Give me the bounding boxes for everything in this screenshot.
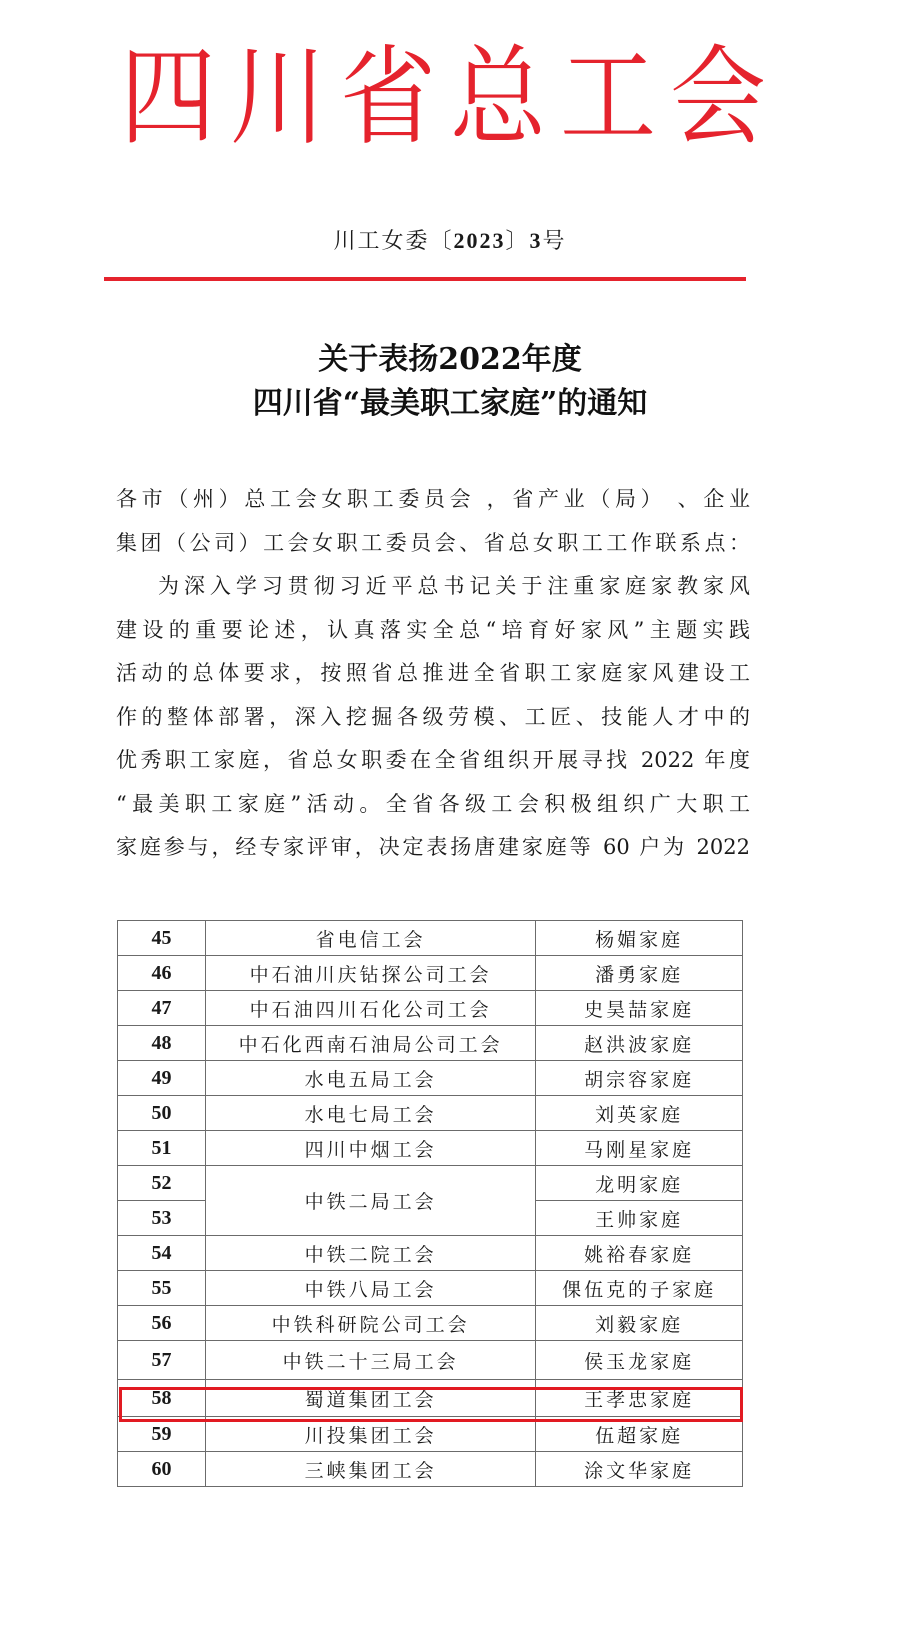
body-line: 集团（公司）工会女职工委员会、省总女职工工作联系点：	[116, 522, 750, 566]
table-row: 49 水电五局工会 胡宗容家庭	[118, 1061, 743, 1096]
row-family: 伍超家庭	[536, 1417, 743, 1452]
body-line: 优秀职工家庭，省总女职委在全省组织开展寻找 2022 年度	[116, 739, 750, 783]
row-unit: 省电信工会	[205, 921, 535, 956]
row-family: 姚裕春家庭	[536, 1236, 743, 1271]
row-number: 51	[118, 1131, 206, 1166]
doc-number-year: 2023	[453, 228, 505, 253]
table-row: 55 中铁八局工会 倮伍克的子家庭	[118, 1271, 743, 1306]
row-number: 47	[118, 991, 206, 1026]
body-line: 各市（州）总工会女职工委员会 ，省产业（局） 、企业	[116, 478, 750, 522]
table-row: 56 中铁科研院公司工会 刘毅家庭	[118, 1306, 743, 1341]
doc-number-suffix: 号	[543, 229, 567, 254]
row-family: 侯玉龙家庭	[536, 1341, 743, 1380]
row-number: 56	[118, 1306, 206, 1341]
row-unit: 中石油川庆钻探公司工会	[205, 956, 535, 991]
document-title: 关于表扬2022年度 四川省“最美职工家庭”的通知	[0, 338, 900, 426]
notice-body: 各市（州）总工会女职工委员会 ，省产业（局） 、企业 集团（公司）工会女职工委员…	[116, 478, 750, 870]
row-family: 龙明家庭	[536, 1166, 743, 1201]
doc-number-bracket: 〕	[505, 229, 529, 254]
award-list-table: 45 省电信工会 杨媚家庭 46 中石油川庆钻探公司工会 潘勇家庭 47 中石油…	[117, 920, 743, 1487]
row-number: 46	[118, 956, 206, 991]
row-unit: 水电七局工会	[205, 1096, 535, 1131]
row-family: 涂文华家庭	[536, 1452, 743, 1487]
row-number: 53	[118, 1201, 206, 1236]
row-family: 潘勇家庭	[536, 956, 743, 991]
row-family: 马刚星家庭	[536, 1131, 743, 1166]
row-family: 刘毅家庭	[536, 1306, 743, 1341]
table-row: 52 中铁二局工会 龙明家庭	[118, 1166, 743, 1201]
row-unit: 中石油四川石化公司工会	[205, 991, 535, 1026]
body-line: 活动的总体要求，按照省总推进全省职工家庭家风建设工	[116, 652, 750, 696]
row-number: 55	[118, 1271, 206, 1306]
row-family: 史昊喆家庭	[536, 991, 743, 1026]
table-row: 59 川投集团工会 伍超家庭	[118, 1417, 743, 1452]
row-family: 倮伍克的子家庭	[536, 1271, 743, 1306]
row-number: 45	[118, 921, 206, 956]
row-unit: 中铁二十三局工会	[205, 1341, 535, 1380]
row-number: 60	[118, 1452, 206, 1487]
body-line: 建设的重要论述，认真落实全总“培育好家风”主题实践	[116, 609, 750, 653]
row-number: 57	[118, 1341, 206, 1380]
row-unit: 水电五局工会	[205, 1061, 535, 1096]
doc-number-prefix: 川工女委〔	[333, 229, 453, 254]
body-line: 家庭参与，经专家评审，决定表扬唐建家庭等 60 户为 2022	[116, 826, 750, 870]
table-row: 45 省电信工会 杨媚家庭	[118, 921, 743, 956]
table-row: 50 水电七局工会 刘英家庭	[118, 1096, 743, 1131]
row-family: 杨媚家庭	[536, 921, 743, 956]
table-row: 57 中铁二十三局工会 侯玉龙家庭	[118, 1341, 743, 1380]
row-unit: 蜀道集团工会	[205, 1380, 535, 1417]
body-line: 作的整体部署，深入挖掘各级劳模、工匠、技能人才中的	[116, 696, 750, 740]
row-unit: 四川中烟工会	[205, 1131, 535, 1166]
row-number: 59	[118, 1417, 206, 1452]
row-family: 王帅家庭	[536, 1201, 743, 1236]
row-unit: 三峡集团工会	[205, 1452, 535, 1487]
table-row: 51 四川中烟工会 马刚星家庭	[118, 1131, 743, 1166]
row-number: 48	[118, 1026, 206, 1061]
row-unit-merged: 中铁二局工会	[205, 1166, 535, 1236]
title-line-2: 四川省“最美职工家庭”的通知	[0, 382, 900, 426]
body-line: “最美职工家庭”活动。全省各级工会积极组织广大职工	[116, 783, 750, 827]
row-number: 49	[118, 1061, 206, 1096]
table-row: 48 中石化西南石油局公司工会 赵洪波家庭	[118, 1026, 743, 1061]
document-number: 川工女委〔2023〕3号	[0, 224, 900, 255]
doc-number-value: 3	[530, 228, 543, 253]
row-unit: 中铁八局工会	[205, 1271, 535, 1306]
red-divider-rule	[104, 277, 746, 281]
row-number: 52	[118, 1166, 206, 1201]
row-unit: 川投集团工会	[205, 1417, 535, 1452]
row-number: 58	[118, 1380, 206, 1417]
masthead-org-name: 四川省总工会	[0, 35, 900, 158]
row-unit: 中石化西南石油局公司工会	[205, 1026, 535, 1061]
table-row-highlighted: 58 蜀道集团工会 王孝忠家庭	[118, 1380, 743, 1417]
table-row: 46 中石油川庆钻探公司工会 潘勇家庭	[118, 956, 743, 991]
body-line: 为深入学习贯彻习近平总书记关于注重家庭家教家风	[116, 565, 750, 609]
row-unit: 中铁科研院公司工会	[205, 1306, 535, 1341]
table-row: 54 中铁二院工会 姚裕春家庭	[118, 1236, 743, 1271]
row-family: 王孝忠家庭	[536, 1380, 743, 1417]
row-number: 50	[118, 1096, 206, 1131]
table-row: 47 中石油四川石化公司工会 史昊喆家庭	[118, 991, 743, 1026]
title-line-1: 关于表扬2022年度	[0, 338, 900, 382]
row-family: 赵洪波家庭	[536, 1026, 743, 1061]
row-family: 刘英家庭	[536, 1096, 743, 1131]
table-row: 60 三峡集团工会 涂文华家庭	[118, 1452, 743, 1487]
row-unit: 中铁二院工会	[205, 1236, 535, 1271]
row-family: 胡宗容家庭	[536, 1061, 743, 1096]
row-number: 54	[118, 1236, 206, 1271]
